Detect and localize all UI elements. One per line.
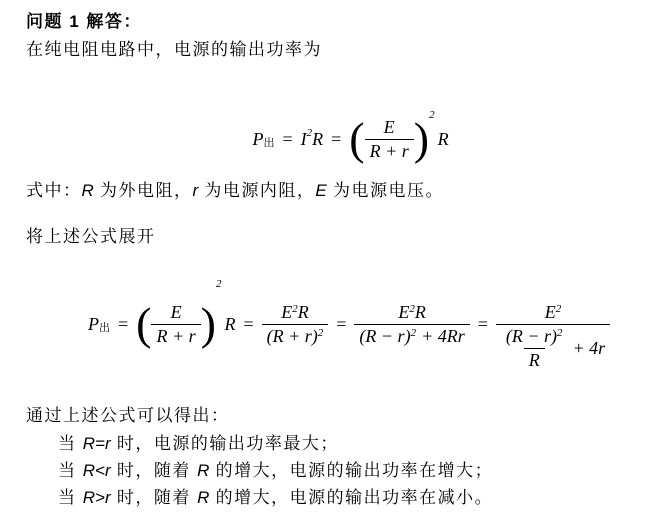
symbol-R: R: [224, 314, 235, 335]
var-R: R: [197, 488, 209, 507]
inner-denominator: R: [524, 348, 545, 371]
left-paren: (: [349, 118, 364, 160]
problem-title: 问题 1 解答：: [26, 12, 142, 32]
superscript-2: 2: [557, 327, 563, 339]
numerator: E2R: [393, 302, 431, 324]
var-condition: R=r: [83, 434, 111, 453]
bullet-pre: 当: [58, 434, 83, 453]
superscript-2: 2: [556, 303, 562, 315]
bullet-pre: 当: [58, 488, 83, 507]
numerator: E2R: [276, 302, 314, 324]
expand-text: 将上述公式展开: [26, 227, 156, 247]
conclusion-text: 通过上述公式可以得出：: [26, 406, 230, 426]
denominator: R + r: [151, 324, 200, 347]
formula1-lhs: P出 = I2R =: [252, 129, 349, 150]
plus-4Rr: + 4Rr: [421, 326, 465, 346]
var-condition: R>r: [83, 488, 111, 507]
formula-output-power: P出 = I2R = ( E R + r ) 2 R: [0, 108, 659, 170]
denominator: R + r: [365, 139, 414, 162]
fraction-E2R-over-R-plus-r-squared: E2R (R + r)2: [262, 302, 329, 346]
bullet-tail: 的增大，电源的输出功率在增大；: [209, 461, 493, 480]
superscript-2: 2: [411, 327, 417, 339]
bullet-mid: 时，电源的输出功率最大；: [111, 434, 339, 453]
symbol-P: P: [252, 129, 263, 150]
superscript-2: 2: [292, 303, 298, 315]
where-seg3: 为电源电压。: [327, 181, 444, 200]
document-page: 问题 1 解答： 在纯电阻电路中，电源的输出功率为 P出 = I2R = ( E…: [0, 0, 659, 522]
var-R: R: [197, 461, 209, 480]
group-superscript-2: 2: [216, 278, 222, 290]
conclusion-item-R-greater-r: 当 R>r 时，随着 R 的增大，电源的输出功率在减小。: [58, 488, 493, 508]
equals-sign: =: [282, 129, 292, 150]
right-paren: ): [201, 303, 216, 345]
symbol-R: R: [415, 302, 426, 322]
plus-4r: + 4r: [573, 338, 606, 359]
bullet-tail: 的增大，电源的输出功率在减小。: [209, 488, 493, 507]
var-E: E: [315, 181, 326, 200]
bullet-pre: 当: [58, 461, 83, 480]
symbol-R: R: [298, 302, 309, 322]
bullet-mid: 时，随着: [111, 461, 197, 480]
inner-fraction: (R − r)2 R: [501, 326, 568, 370]
symbol-E: E: [545, 302, 556, 322]
symbol-P: P: [88, 314, 99, 335]
symbol-R: R: [438, 129, 449, 150]
fraction-E2-over-nested: E2 (R − r)2 R + 4r: [496, 302, 610, 370]
inner-numerator: (R − r)2: [501, 326, 568, 348]
equals-sign: =: [243, 314, 253, 335]
symbol-E: E: [281, 302, 292, 322]
var-condition: R<r: [83, 461, 111, 480]
bullet-mid: 时，随着: [111, 488, 197, 507]
formula-expanded: P出 = ( E R + r ) 2 R = E2R (R + r)2 = E2…: [88, 277, 610, 371]
paren-group: (R − r): [506, 326, 557, 346]
superscript-2: 2: [409, 303, 415, 315]
left-paren: (: [136, 303, 151, 345]
numerator: E2: [540, 302, 567, 324]
denominator: (R − r)2+ 4Rr: [354, 324, 469, 347]
conclusion-item-R-equals-r: 当 R=r 时，电源的输出功率最大；: [58, 434, 339, 454]
var-R: R: [82, 181, 94, 200]
numerator: E: [166, 302, 187, 324]
denominator: (R + r)2: [262, 324, 329, 347]
where-prefix: 式中：: [26, 181, 82, 200]
paren-group: (R − r): [359, 326, 410, 346]
numerator: E: [379, 117, 400, 139]
equals-sign: =: [118, 314, 128, 335]
intro-text: 在纯电阻电路中，电源的输出功率为: [26, 40, 322, 60]
paren-group: (R + r): [267, 326, 318, 346]
conclusion-item-R-less-r: 当 R<r 时，随着 R 的增大，电源的输出功率在增大；: [58, 461, 493, 481]
equals-sign: =: [478, 314, 488, 335]
where-seg2: 为电源内阻，: [198, 181, 315, 200]
symbol-I: I: [301, 129, 307, 150]
symbol-E: E: [398, 302, 409, 322]
group-superscript-2: 2: [429, 109, 435, 121]
where-seg1: 为外电阻，: [94, 181, 193, 200]
right-paren: ): [414, 118, 429, 160]
equals-sign: =: [331, 129, 341, 150]
superscript-2: 2: [318, 327, 324, 339]
symbol-R: R: [312, 129, 323, 150]
formula2-lhs: P出 =: [88, 314, 136, 335]
fraction-E2R-over-R-minus-r-squared-plus-4Rr: E2R (R − r)2+ 4Rr: [354, 302, 469, 346]
where-text: 式中：R 为外电阻，r 为电源内阻，E 为电源电压。: [26, 181, 444, 201]
equals-sign: =: [336, 314, 346, 335]
fraction-E-over-R-plus-r: E R + r: [365, 117, 414, 161]
denominator: (R − r)2 R + 4r: [496, 324, 610, 370]
fraction-E-over-R-plus-r: E R + r: [151, 302, 200, 346]
